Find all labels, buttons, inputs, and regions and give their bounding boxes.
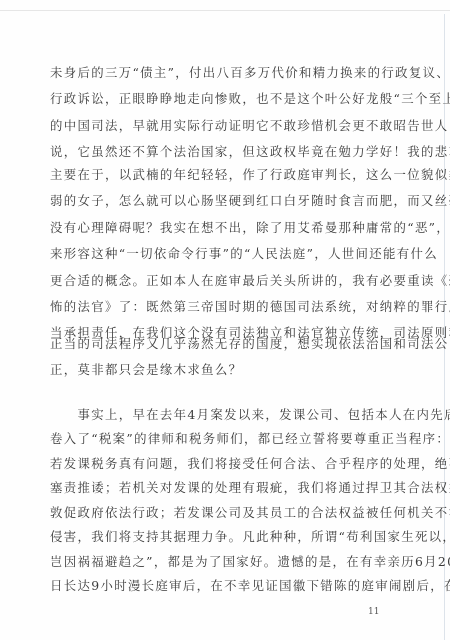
text-line: 更合适的概念。正如本人在庭审最后关头所讲的，我有必要重读《恐: [50, 274, 390, 288]
text-line: 塞责推诿；若机关对发课的处理有瑕疵，我们将通过捍卫其合法权益，: [50, 481, 390, 495]
scan-edge-top: [0, 10, 450, 11]
text-line: 正，莫非都只会是缘木求鱼么？: [50, 363, 390, 377]
text-line: 正当的司法程序又几乎荡然无存的国度，想实现依法治国和司法公: [50, 337, 390, 351]
text-line: 主要在于，以武楠的年纪轻轻，作了行政庭审判长，这么一位貌似柔: [50, 168, 390, 182]
text-line: 的中国司法，早就用实际行动证明它不敢珍惜机会更不敢昭告世人: [50, 119, 390, 133]
text-line: 弱的女子，怎么就可以心肠坚硬到红口白牙随时食言而肥，而又丝毫: [50, 194, 390, 208]
document-page: 未身后的三万“债主”，付出八百多万代价和精力换来的行政复议、 行政诉讼，正眼睁睁…: [0, 0, 450, 640]
text-line: 敦促政府依法行政；若发课公司及其员工的合法权益被任何机关不法: [50, 506, 390, 520]
text-line: 日长达9小时漫长庭审后，在不幸见证国徽下错陈的庭审闹剧后，在: [50, 579, 390, 593]
text-line: 来形容这种“一切依命令行事”的“人民法庭”，人世间还能有什么: [50, 247, 390, 261]
text-line: 事实上，早在去年4月案发以来，发课公司、包括本人在内先后: [50, 408, 390, 422]
text-line: 行政诉讼，正眼睁睁地走向惨败，也不是这个叶公好龙般“三个至上”: [50, 92, 390, 106]
text-line: 没有心理障碍呢？我实在想不出，除了用艾希曼那种庸常的“恶”，: [50, 221, 390, 235]
text-line: 侵害，我们将支持其据理力争。凡此种种，所谓“苟利国家生死以，: [50, 530, 390, 544]
text-line: 卷入了“税案”的律师和税务师们，都已经立誓将要尊重正当程序：: [50, 432, 390, 446]
page-number: 11: [368, 607, 379, 617]
text-line: 未身后的三万“债主”，付出八百多万代价和精力换来的行政复议、: [50, 66, 390, 80]
text-line: 说，它虽然还不算个法治国家，但这政权毕竟在勉力学好！我的悲哀: [50, 145, 390, 159]
text-line: 岂因祸福避趋之”，都是为了国家好。遗憾的是，在有幸亲历6月20: [50, 555, 390, 569]
text-line: 怖的法官》了：既然第三帝国时期的德国司法系统，对纳粹的罪行应: [50, 300, 390, 314]
text-line: 若发课税务真有问题，我们将接受任何合法、合乎程序的处理，绝不: [50, 457, 390, 471]
